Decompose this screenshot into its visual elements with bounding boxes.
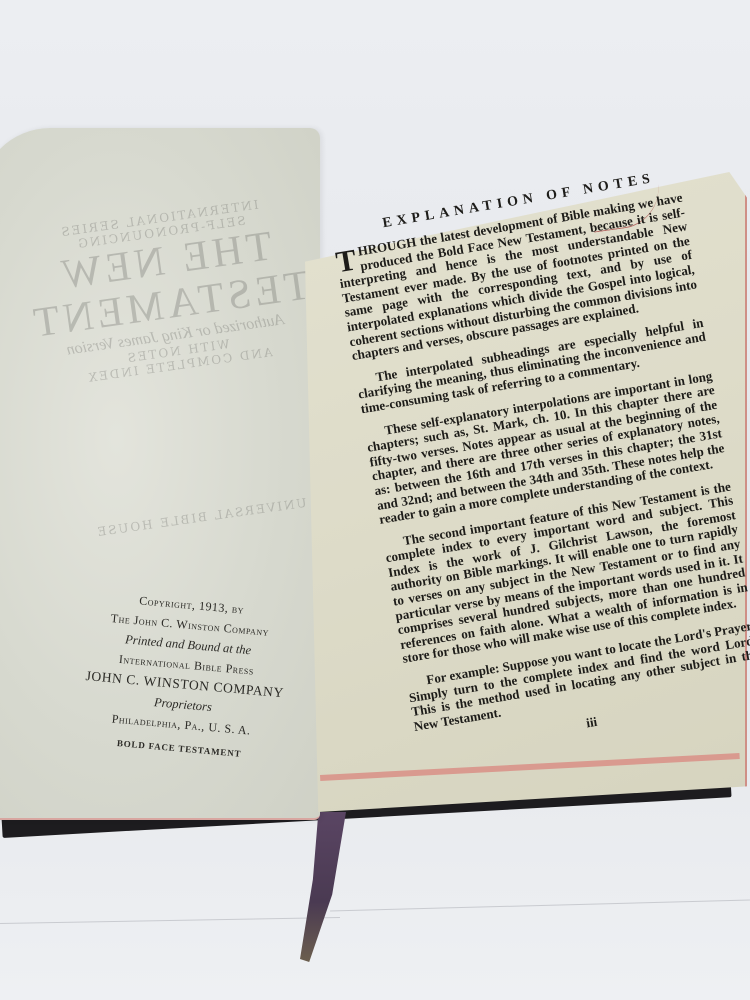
copyright-imprint: Copyright, 1913, by The John C. Winston … xyxy=(64,585,307,768)
show-through-title-page: INTERNATIONAL SERIES SELF-PRONOUNCING TH… xyxy=(19,192,340,544)
drop-cap: T xyxy=(334,247,358,276)
